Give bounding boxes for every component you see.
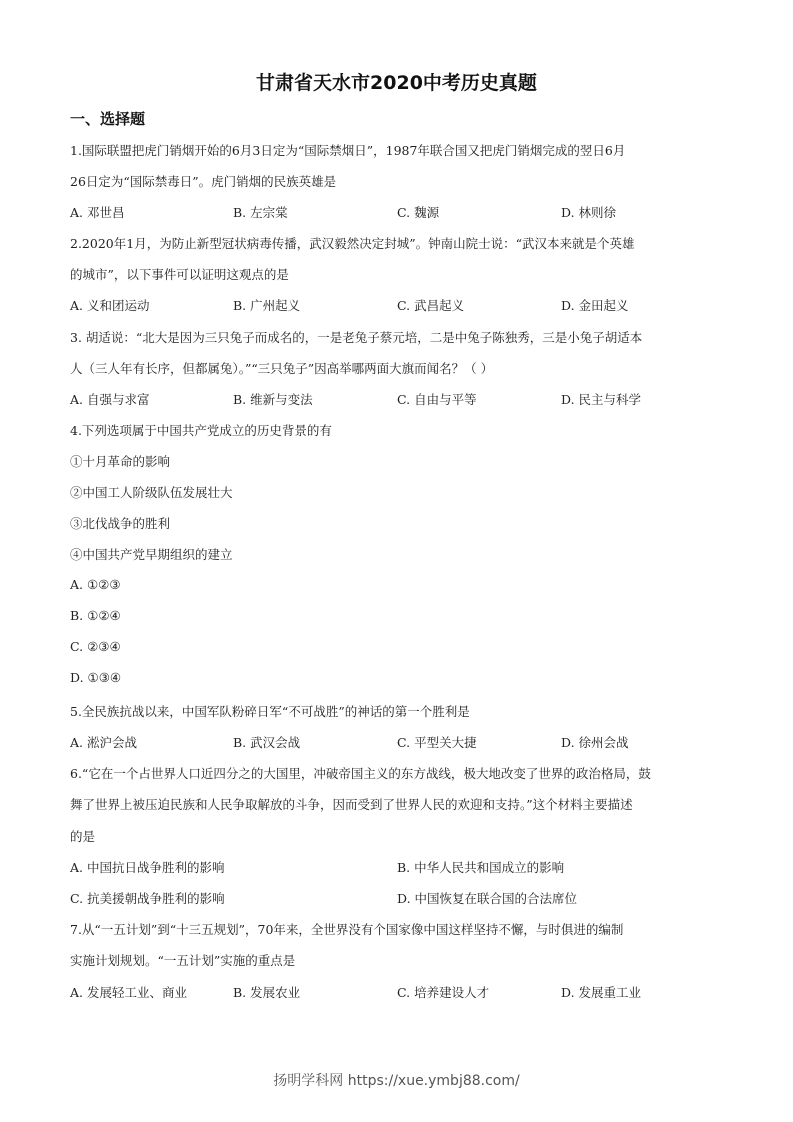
question-4-option-a: A. ①②③ bbox=[70, 577, 121, 592]
document-title: 甘肃省天水市2020中考历史真题 bbox=[0, 68, 793, 95]
question-5-option-b: B. 武汉会战 bbox=[233, 733, 300, 751]
question-7-option-a: A. 发展轻工业、商业 bbox=[70, 983, 187, 1001]
question-3-line-1: 3. 胡适说：“北大是因为三只兔子而成名的，一是老兔子蔡元培，二是中兔子陈独秀，… bbox=[70, 328, 642, 346]
question-6-options-row-2: C. 抗美援朝战争胜利的影响 D. 中国恢复在联合国的合法席位 bbox=[70, 889, 730, 907]
question-1-option-b: B. 左宗棠 bbox=[233, 203, 288, 221]
question-4-option-d: D. ①③④ bbox=[70, 670, 121, 685]
document-page: 甘肃省天水市2020中考历史真题 一、选择题 1.国际联盟把虎门销烟开始的6月3… bbox=[0, 0, 793, 1122]
question-4-option-b: B. ①②④ bbox=[70, 608, 121, 623]
question-6-line-1: 6.“它在一个占世界人口近四分之的大国里，冲破帝国主义的东方战线，极大地改变了世… bbox=[70, 764, 651, 782]
question-2-line-2: 的城市”，以下事件可以证明这观点的是 bbox=[70, 265, 289, 283]
section-heading: 一、选择题 bbox=[70, 108, 145, 129]
question-3-line-2: 人（三人年有长序，但都属兔）。”“三只兔子”因高举哪两面大旗而闻名？（ ） bbox=[70, 359, 493, 377]
question-7-line-1: 7.从“一五计划”到“十三五规划”，70年来，全世界没有个国家像中国这样坚持不懈… bbox=[70, 920, 623, 938]
question-4-option-c: C. ②③④ bbox=[70, 639, 121, 654]
question-4-item-2: ②中国工人阶级队伍发展壮大 bbox=[70, 483, 233, 501]
question-6-options-row-1: A. 中国抗日战争胜利的影响 B. 中华人民共和国成立的影响 bbox=[70, 858, 730, 876]
question-2-option-d: D. 金田起义 bbox=[561, 296, 629, 314]
question-3-option-d: D. 民主与科学 bbox=[561, 390, 641, 408]
question-1-options: A. 邓世昌 B. 左宗棠 C. 魏源 D. 林则徐 bbox=[70, 203, 730, 221]
question-6-line-3: 的是 bbox=[70, 827, 95, 845]
question-1-option-c: C. 魏源 bbox=[397, 203, 439, 221]
question-2-option-a: A. 义和团运动 bbox=[70, 296, 149, 314]
question-5-options: A. 淞沪会战 B. 武汉会战 C. 平型关大捷 D. 徐州会战 bbox=[70, 733, 730, 751]
question-5-option-a: A. 淞沪会战 bbox=[70, 733, 137, 751]
question-6-option-d: D. 中国恢复在联合国的合法席位 bbox=[397, 889, 577, 907]
question-4-item-1: ①十月革命的影响 bbox=[70, 452, 170, 470]
question-6-option-c: C. 抗美援朝战争胜利的影响 bbox=[70, 889, 225, 907]
question-5-option-c: C. 平型关大捷 bbox=[397, 733, 477, 751]
question-2-option-b: B. 广州起义 bbox=[233, 296, 300, 314]
question-5-line-1: 5.全民族抗战以来，中国军队粉碎日军“不可战胜”的神话的第一个胜利是 bbox=[70, 702, 470, 720]
question-7-line-2: 实施计划规划。“一五计划”实施的重点是 bbox=[70, 951, 295, 969]
question-7-option-b: B. 发展农业 bbox=[233, 983, 300, 1001]
question-1-line-1: 1.国际联盟把虎门销烟开始的6月3日定为“国际禁烟日”，1987年联合国又把虎门… bbox=[70, 141, 625, 159]
question-4-item-4: ④中国共产党早期组织的建立 bbox=[70, 545, 233, 563]
question-2-options: A. 义和团运动 B. 广州起义 C. 武昌起义 D. 金田起义 bbox=[70, 296, 730, 314]
question-4-line-1: 4.下列选项属于中国共产党成立的历史背景的有 bbox=[70, 421, 332, 439]
question-5-option-d: D. 徐州会战 bbox=[561, 733, 629, 751]
question-6-option-a: A. 中国抗日战争胜利的影响 bbox=[70, 858, 224, 876]
question-7-option-c: C. 培养建设人才 bbox=[397, 983, 489, 1001]
footer-watermark: 扬明学科网 https://xue.ymbj88.com/ bbox=[0, 1070, 793, 1090]
question-7-options: A. 发展轻工业、商业 B. 发展农业 C. 培养建设人才 D. 发展重工业 bbox=[70, 983, 730, 1001]
question-2-option-c: C. 武昌起义 bbox=[397, 296, 464, 314]
question-3-options: A. 自强与求富 B. 维新与变法 C. 自由与平等 D. 民主与科学 bbox=[70, 390, 730, 408]
question-1-line-2: 26日定为“国际禁毒日”。虎门销烟的民族英雄是 bbox=[70, 172, 336, 190]
question-3-option-b: B. 维新与变法 bbox=[233, 390, 313, 408]
question-6-line-2: 舞了世界上被压迫民族和人民争取解放的斗争，因而受到了世界人民的欢迎和支持。”这个… bbox=[70, 795, 633, 813]
question-6-option-b: B. 中华人民共和国成立的影响 bbox=[397, 858, 564, 876]
question-1-option-d: D. 林则徐 bbox=[561, 203, 616, 221]
question-4-item-3: ③北伐战争的胜利 bbox=[70, 514, 170, 532]
question-7-option-d: D. 发展重工业 bbox=[561, 983, 641, 1001]
question-1-option-a: A. 邓世昌 bbox=[70, 203, 124, 221]
question-2-line-1: 2.2020年1月，为防止新型冠状病毒传播，武汉毅然决定封城”。钟南山院士说：“… bbox=[70, 234, 634, 252]
question-3-option-a: A. 自强与求富 bbox=[70, 390, 149, 408]
question-3-option-c: C. 自由与平等 bbox=[397, 390, 477, 408]
